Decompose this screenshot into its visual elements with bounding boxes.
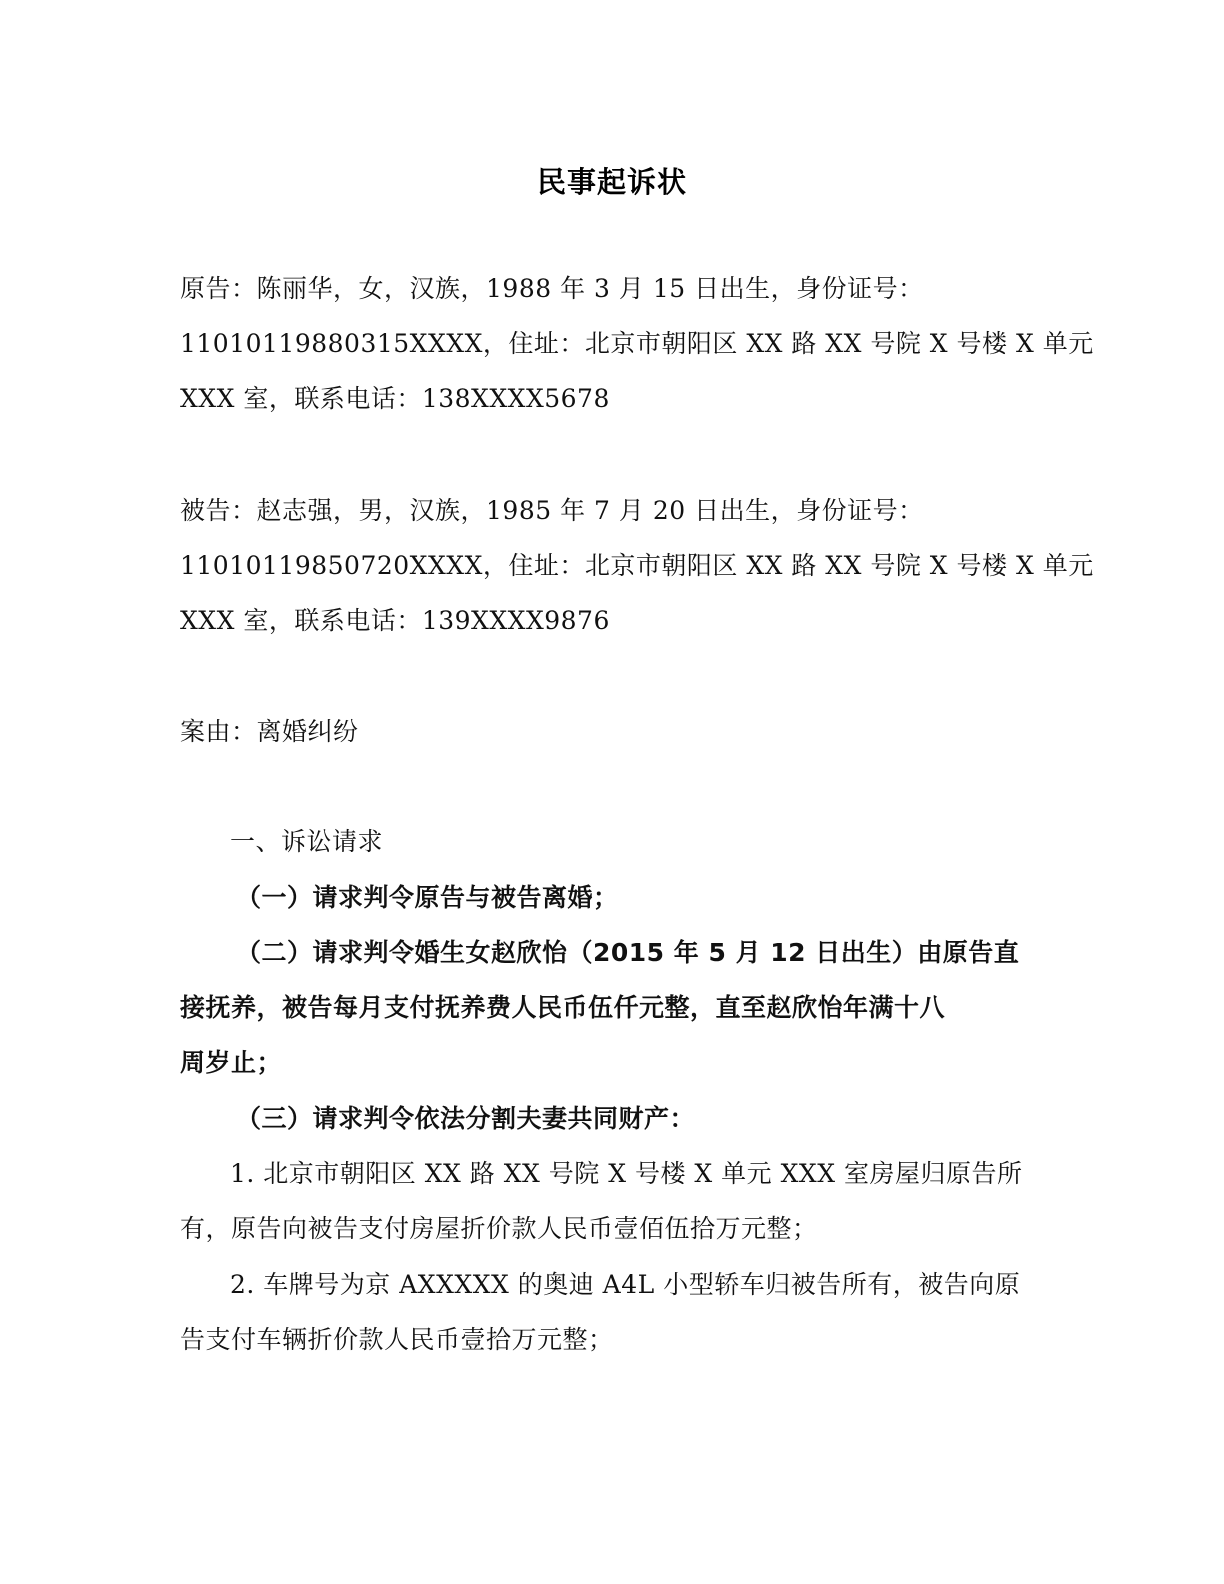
plaintiff-line-1: 原告：陈丽华，女，汉族，1988 年 3 月 15 日出生，身份证号：: [180, 274, 924, 304]
case-cause: 案由：离婚纠纷: [180, 717, 359, 747]
claim-item-3: （三）请求判令依法分割夫妻共同财产：: [236, 1104, 695, 1134]
defendant-line-1: 被告：赵志强，男，汉族，1985 年 7 月 20 日出生，身份证号：: [180, 496, 924, 526]
claim-item-1: （一）请求判令原告与被告离婚；: [236, 883, 619, 913]
property-item-1-line-1: 1. 北京市朝阳区 XX 路 XX 号院 X 号楼 X 单元 XXX 室房屋归原…: [230, 1159, 1022, 1189]
plaintiff-line-3: XXX 室，联系电话：138XXXX5678: [180, 384, 610, 414]
claim-item-2-line-2: 接抚养，被告每月支付抚养费人民币伍仟元整，直至赵欣怡年满十八: [180, 993, 945, 1023]
claim-item-2-line-1: （二）请求判令婚生女赵欣怡（2015 年 5 月 12 日出生）由原告直: [236, 938, 1019, 968]
document-page: 民事起诉状 原告：陈丽华，女，汉族，1988 年 3 月 15 日出生，身份证号…: [0, 0, 1224, 1584]
plaintiff-line-2: 11010119880315XXXX，住址：北京市朝阳区 XX 路 XX 号院 …: [180, 329, 1094, 359]
claims-heading: 一、诉讼请求: [230, 827, 383, 857]
property-item-2-line-1: 2. 车牌号为京 AXXXXX 的奥迪 A4L 小型轿车归被告所有，被告向原: [230, 1270, 1020, 1300]
document-title: 民事起诉状: [0, 160, 1224, 201]
defendant-line-2: 11010119850720XXXX，住址：北京市朝阳区 XX 路 XX 号院 …: [180, 551, 1094, 581]
property-item-2-line-2: 告支付车辆折价款人民币壹拾万元整；: [180, 1325, 614, 1355]
defendant-line-3: XXX 室，联系电话：139XXXX9876: [180, 606, 610, 636]
property-item-1-line-2: 有，原告向被告支付房屋折价款人民币壹佰伍拾万元整；: [180, 1214, 818, 1244]
claim-item-2-line-3: 周岁止；: [180, 1048, 282, 1078]
